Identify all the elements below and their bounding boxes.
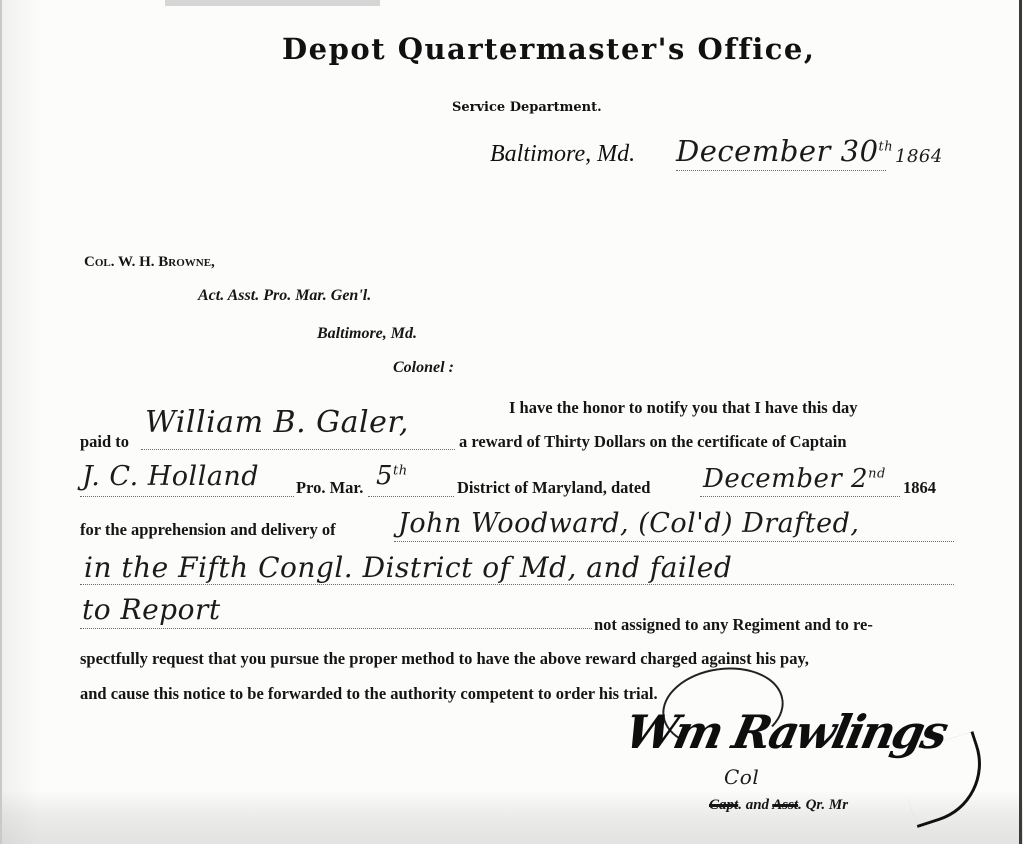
rank-struck-assistant: Asst — [772, 797, 798, 813]
department-subtitle: Service Department. — [452, 100, 602, 115]
rank-line: Capt. and Asst. Qr. Mr — [709, 797, 848, 814]
date-handwritten: December 30 — [676, 134, 879, 168]
reward-text: a reward of Thirty Dollars on the certif… — [459, 432, 847, 452]
captain-name-handwritten: J. C. Holland — [82, 461, 259, 492]
captain-leader-line — [80, 496, 294, 497]
scan-artifact — [165, 0, 380, 6]
rank-and: . and — [738, 797, 769, 813]
person-line-1-handwritten: John Woodward, (Col'd) Drafted, — [398, 508, 859, 539]
district-number-handwritten: 5th — [376, 461, 408, 491]
salutation: Colonel : — [393, 359, 454, 377]
dated-handwritten: December 2nd — [703, 464, 886, 494]
date-leader-line — [676, 170, 886, 171]
addressee-title: Act. Asst. Pro. Mar. Gen'l. — [198, 287, 371, 305]
dateline-year: 1864 — [895, 146, 943, 167]
signature: Wm Rawlings — [620, 705, 950, 759]
district-suffix: th — [393, 463, 408, 478]
not-assigned-text: not assigned to any Regiment and to re- — [594, 615, 873, 635]
office-title: Depot Quartermaster's Office, — [282, 32, 815, 66]
date-suffix: th — [879, 139, 894, 154]
person-line-3-handwritten: to Report — [82, 593, 221, 626]
dateline-date: December 30th — [676, 134, 893, 168]
person-leader-line-1 — [394, 541, 954, 542]
dated-year: 1864 — [903, 478, 936, 498]
rank-struck-captain: Capt — [709, 797, 738, 813]
district-number: 5 — [376, 461, 393, 491]
closing-text: and cause this notice to be forwarded to… — [80, 684, 658, 704]
page-edge-right — [1019, 0, 1022, 844]
page-edge-left — [0, 0, 2, 844]
dated-suffix: nd — [868, 466, 886, 481]
rank-handwritten: Col — [724, 765, 759, 789]
paid-to-label: paid to — [80, 432, 129, 452]
body-line-1: I have the honor to notify you that I ha… — [509, 398, 858, 418]
apprehension-label: for the apprehension and delivery of — [80, 520, 336, 540]
addressee-city: Baltimore, Md. — [317, 325, 417, 343]
person-line-2-handwritten: in the Fifth Congl. District of Md, and … — [84, 551, 732, 584]
dated-date: December 2 — [703, 464, 868, 494]
dateline-place: Baltimore, Md. — [490, 141, 635, 168]
pro-mar-label: Pro. Mar. — [296, 478, 363, 498]
rank-suffix: . Qr. Mr — [798, 797, 848, 813]
payee-leader-line — [141, 449, 455, 450]
person-leader-line-2 — [80, 584, 954, 585]
dated-leader-line — [700, 496, 900, 497]
district-text: District of Maryland, dated — [457, 478, 650, 498]
request-text: spectfully request that you pursue the p… — [80, 649, 809, 669]
addressee-name: Col. W. H. Browne, — [84, 254, 215, 271]
payee-name-handwritten: William B. Galer, — [145, 405, 409, 440]
district-leader-line — [368, 496, 454, 497]
person-leader-line-3 — [80, 628, 592, 629]
